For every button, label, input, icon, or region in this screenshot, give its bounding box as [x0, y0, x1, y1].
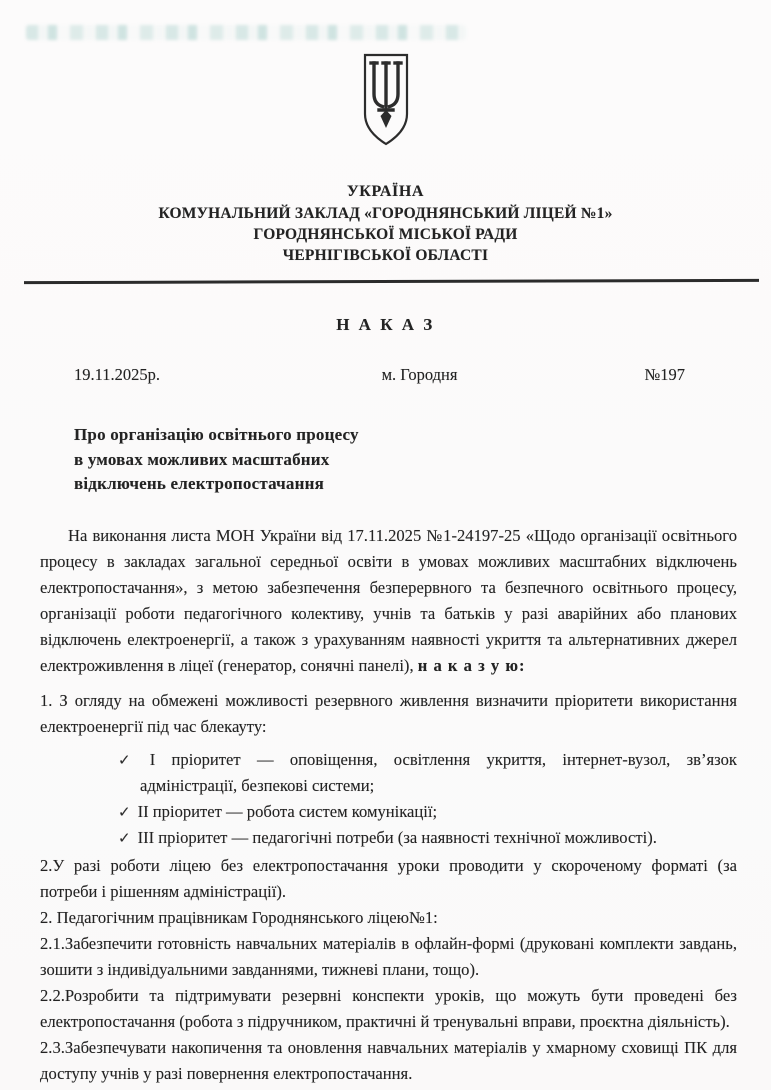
- check-icon: ✓: [118, 751, 150, 769]
- scan-bleed-artifact: [26, 25, 466, 40]
- document-title: Н А К А З: [0, 315, 771, 335]
- priority-2-text: ІІ пріоритет — робота систем комунікації…: [138, 802, 438, 821]
- order-body: На виконання листа МОН України від 17.11…: [40, 523, 737, 1087]
- letterhead: УКРАЇНА КОМУНАЛЬНИЙ ЗАКЛАД «ГОРОДНЯНСЬКИ…: [0, 181, 771, 266]
- check-icon: ✓: [118, 803, 138, 821]
- order-item-1: 1. З огляду на обмежені можливості резер…: [40, 688, 737, 740]
- subject-line: в умовах можливих масштабних: [74, 448, 771, 473]
- priority-3-text: ІІІ пріоритет — педагогічні потреби (за …: [138, 828, 657, 847]
- organization-council: ГОРОДНЯНСЬКОЇ МІСЬКОЇ РАДИ: [0, 224, 771, 245]
- organization-name: КОМУНАЛЬНИЙ ЗАКЛАД «ГОРОДНЯНСЬКИЙ ЛІЦЕЙ …: [0, 203, 771, 224]
- subject-line: Про організацію освітнього процесу: [74, 423, 771, 448]
- order-item-2-pedagogical: 2. Педагогічним працівникам Городнянсько…: [40, 905, 737, 931]
- order-subject: Про організацію освітнього процесу в умо…: [74, 423, 771, 497]
- priority-list: ✓І пріоритет — оповіщення, освітлення ук…: [40, 747, 737, 851]
- decree-word: н а к а з у ю:: [418, 656, 526, 675]
- priority-1-text: І пріоритет — оповіщення, освітлення укр…: [140, 750, 737, 795]
- order-item-2-3: 2.3.Забезпечувати накопичення та оновлен…: [40, 1035, 737, 1087]
- list-item: ✓ІІ пріоритет — робота систем комунікаці…: [118, 799, 737, 825]
- order-date: 19.11.2025р.: [74, 365, 294, 385]
- order-item-2-2: 2.2.Розробити та підтримувати резервні к…: [40, 983, 737, 1035]
- order-item-2-short-format: 2.У разі роботи ліцею без електропостача…: [40, 853, 737, 905]
- letterhead-divider: [24, 279, 759, 284]
- list-item: ✓І пріоритет — оповіщення, освітлення ук…: [118, 747, 737, 799]
- list-item: ✓ІІІ пріоритет — педагогічні потреби (за…: [118, 825, 737, 851]
- country-name: УКРАЇНА: [0, 181, 771, 202]
- preamble-paragraph: На виконання листа МОН України від 17.11…: [40, 523, 737, 679]
- order-meta-row: 19.11.2025р. м. Городня №197: [74, 365, 701, 385]
- emblem-container: [0, 0, 771, 153]
- order-item-2-1: 2.1.Забезпечити готовність навчальних ма…: [40, 931, 737, 983]
- order-number: №197: [545, 365, 701, 385]
- order-city: м. Городня: [294, 365, 545, 385]
- subject-line: відключень електропостачання: [74, 472, 771, 497]
- check-icon: ✓: [118, 829, 138, 847]
- scanned-order-document: УКРАЇНА КОМУНАЛЬНИЙ ЗАКЛАД «ГОРОДНЯНСЬКИ…: [0, 0, 771, 1090]
- ukraine-trident-icon: [357, 135, 415, 152]
- preamble-text: На виконання листа МОН України від 17.11…: [40, 526, 737, 675]
- organization-region: ЧЕРНІГІВСЬКОЇ ОБЛАСТІ: [0, 245, 771, 266]
